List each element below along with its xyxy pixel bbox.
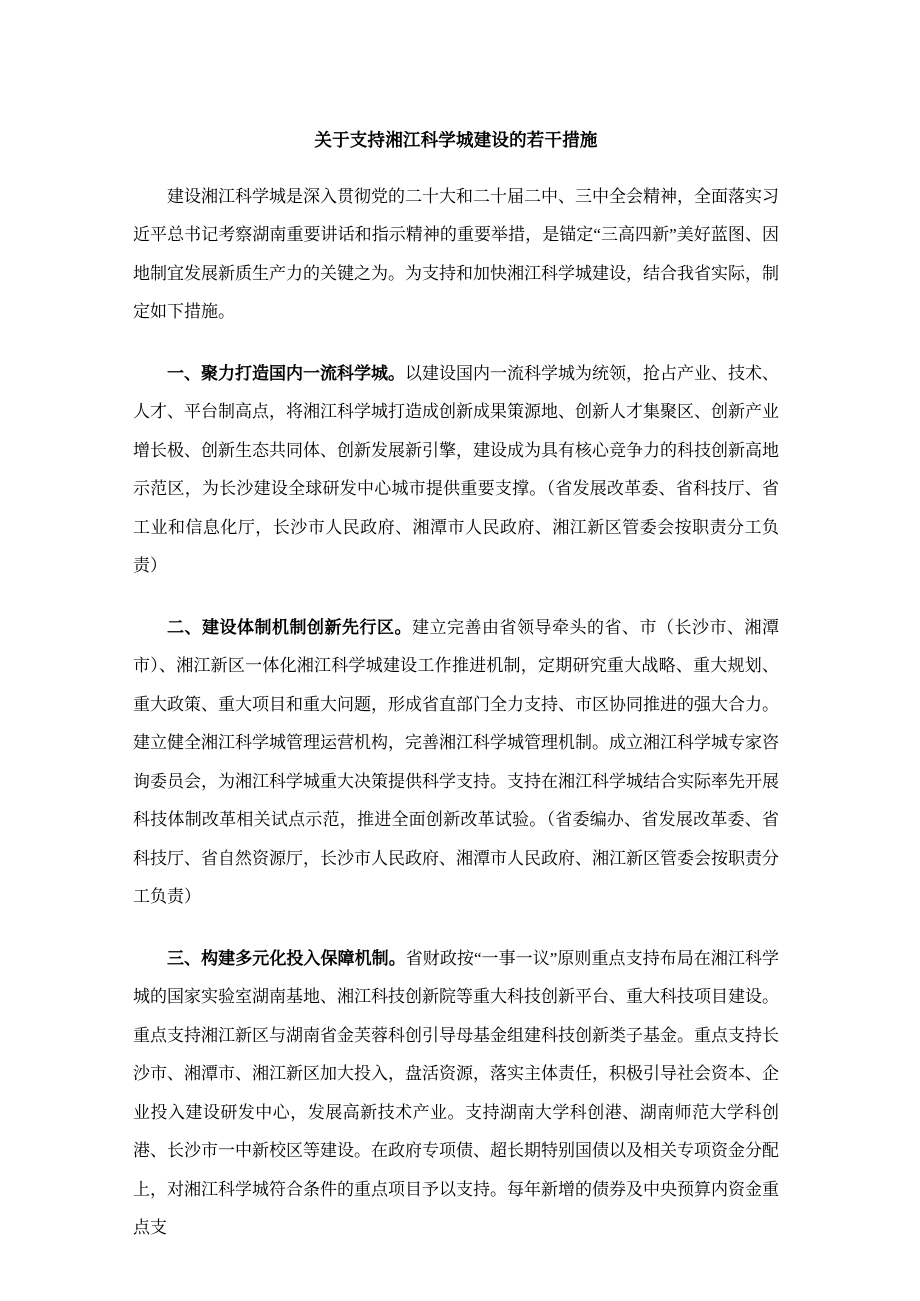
paragraph-text: 省财政按“一事一议”原则重点支持布局在湘江科学城的国家实验室湖南基地、湘江科技创… — [133, 949, 779, 1238]
document-title: 关于支持湘江科学城建设的若干措施 — [133, 121, 779, 160]
section-2-heading: 二、建设体制机制创新先行区。 — [167, 618, 412, 637]
section-1-heading: 一、聚力打造国内一流科学城。 — [167, 364, 405, 383]
paragraph-text: 建设湘江科学城是深入贯彻党的二十大和二十届二中、三中全会精神，全面落实习近平总书… — [133, 187, 779, 322]
document-body: 建设湘江科学城是深入贯彻党的二十大和二十届二中、三中全会精神，全面落实习近平总书… — [133, 178, 779, 1248]
section-3-heading: 三、构建多元化投入保障机制。 — [167, 949, 406, 968]
paragraph-section-1: 一、聚力打造国内一流科学城。以建设国内一流科学城为统领，抢占产业、技术、人才、平… — [133, 355, 779, 586]
paragraph-text: 以建设国内一流科学城为统领，抢占产业、技术、人才、平台制高点，将湘江科学城打造成… — [133, 364, 779, 576]
document-content: 关于支持湘江科学城建设的若干措施 建设湘江科学城是深入贯彻党的二十大和二十届二中… — [133, 121, 779, 1248]
paragraph-section-3: 三、构建多元化投入保障机制。省财政按“一事一议”原则重点支持布局在湘江科学城的国… — [133, 940, 779, 1248]
paragraph-intro: 建设湘江科学城是深入贯彻党的二十大和二十届二中、三中全会精神，全面落实习近平总书… — [133, 178, 779, 332]
paragraph-section-2: 二、建设体制机制创新先行区。建立完善由省领导牵头的省、市（长沙市、湘潭市）、湘江… — [133, 609, 779, 917]
document-page: 关于支持湘江科学城建设的若干措施 建设湘江科学城是深入贯彻党的二十大和二十届二中… — [0, 0, 920, 1301]
paragraph-text: 建立完善由省领导牵头的省、市（长沙市、湘潭市）、湘江新区一体化湘江科学城建设工作… — [133, 618, 779, 907]
